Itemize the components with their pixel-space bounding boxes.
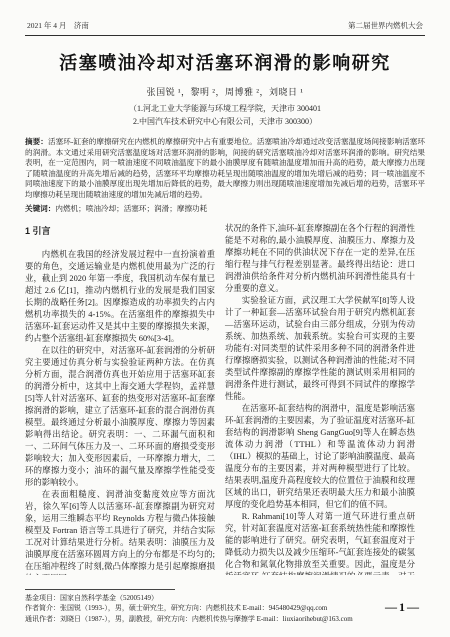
body-paragraph: R. Rahmani[10]等人对第一道气环进行重点研究，针对缸套温度对活塞-缸…: [225, 511, 415, 575]
left-column: 1 引言 内燃机在我国的经济发展过程中一直扮演着重要的角色，交通运输业是内燃机使…: [25, 223, 215, 575]
footnote-funding: 基金项目：国家自然科学基金（52005149）: [25, 593, 425, 604]
abstract-label: 摘要：: [25, 137, 48, 146]
header-date-location: 2021 年 4 月 济南: [27, 20, 89, 31]
affiliations: （1.河北工业大学能源与环境工程学院，天津市 300401 2.中国汽车技术研究…: [25, 102, 425, 128]
body-paragraph: 在表面粗糙度、润滑油变黏度效应等方面沈岩，徐久军[6]等人以活塞环-缸套摩擦副为…: [25, 489, 215, 575]
footnote-corresponding-author: 通讯作者：刘晓日（1987-），男，副教授，研究方向：内燃机传热与摩擦学 E-m…: [25, 614, 425, 625]
affiliation-line: 2.中国汽车技术研究中心有限公司，天津市 300300）: [25, 115, 425, 128]
page-number: —1—: [379, 602, 421, 613]
body-columns: 1 引言 内燃机在我国的经济发展过程中一直扮演着重要的角色，交通运输业是内燃机使…: [25, 223, 425, 575]
header-conference: 第二届世界内燃机大会: [348, 20, 423, 31]
running-header: 2021 年 4 月 济南 第二届世界内燃机大会: [25, 20, 425, 36]
abstract-text: 活塞环-缸套的摩擦研究在内燃机的摩擦研究中占有重要地位。活塞喷油冷却通过改变活塞…: [25, 137, 425, 199]
right-column: 状况的条件下,油环-缸套摩擦副在各个行程的润滑性能是不对称的,最小油膜厚度、油膜…: [225, 223, 415, 575]
keywords-label: 关键词：: [25, 204, 55, 213]
authors-line: 张国锐 ¹，黎明 ²，周博雅 ²，刘晓日 ¹: [25, 85, 425, 98]
body-paragraph: 在以往的研究中，对活塞环-缸套润滑的分析研究主要通过仿真分析与实验验证两种方法。…: [25, 345, 215, 489]
footnote-author-bio: 作者简介：张国锐（1993-），男，硕士研究生，研究方向：内燃机技术 E-mai…: [25, 603, 425, 614]
keywords: 关键词：内燃机；喷油冷却；活塞环；润滑；摩擦功耗: [25, 204, 425, 215]
body-paragraph: 内燃机在我国的经济发展过程中一直扮演着重要的角色，交通运输业是内燃机使用最为广泛…: [25, 249, 215, 345]
paper-page: 2021 年 4 月 济南 第二届世界内燃机大会 活塞喷油冷却对活塞环润滑的影响…: [0, 0, 450, 637]
paper-title: 活塞喷油冷却对活塞环润滑的影响研究: [25, 49, 425, 75]
footnote-area: 基金项目：国家自然科学基金（52005149） 作者简介：张国锐（1993-），…: [25, 589, 425, 625]
body-paragraph: 在活塞环-缸套结构的润滑中，温度是影响活塞环-缸套润滑的主要因素，为了验证温度对…: [225, 403, 415, 511]
footnote-divider: [25, 589, 175, 590]
affiliation-line: （1.河北工业大学能源与环境工程学院，天津市 300401: [25, 102, 425, 115]
keywords-text: 内燃机；喷油冷却；活塞环；润滑；摩擦功耗: [55, 204, 207, 213]
body-paragraph: 状况的条件下,油环-缸套摩擦副在各个行程的润滑性能是不对称的,最小油膜厚度、油膜…: [225, 223, 415, 295]
body-paragraph: 实验验证方面，武汉理工大学侯献军[8]等人设计了一种缸套—活塞环试验台用于研究内…: [225, 295, 415, 403]
section-heading-intro: 1 引言: [25, 225, 215, 237]
abstract: 摘要：活塞环-缸套的摩擦研究在内燃机的摩擦研究中占有重要地位。活塞喷油冷却通过改…: [25, 137, 425, 201]
